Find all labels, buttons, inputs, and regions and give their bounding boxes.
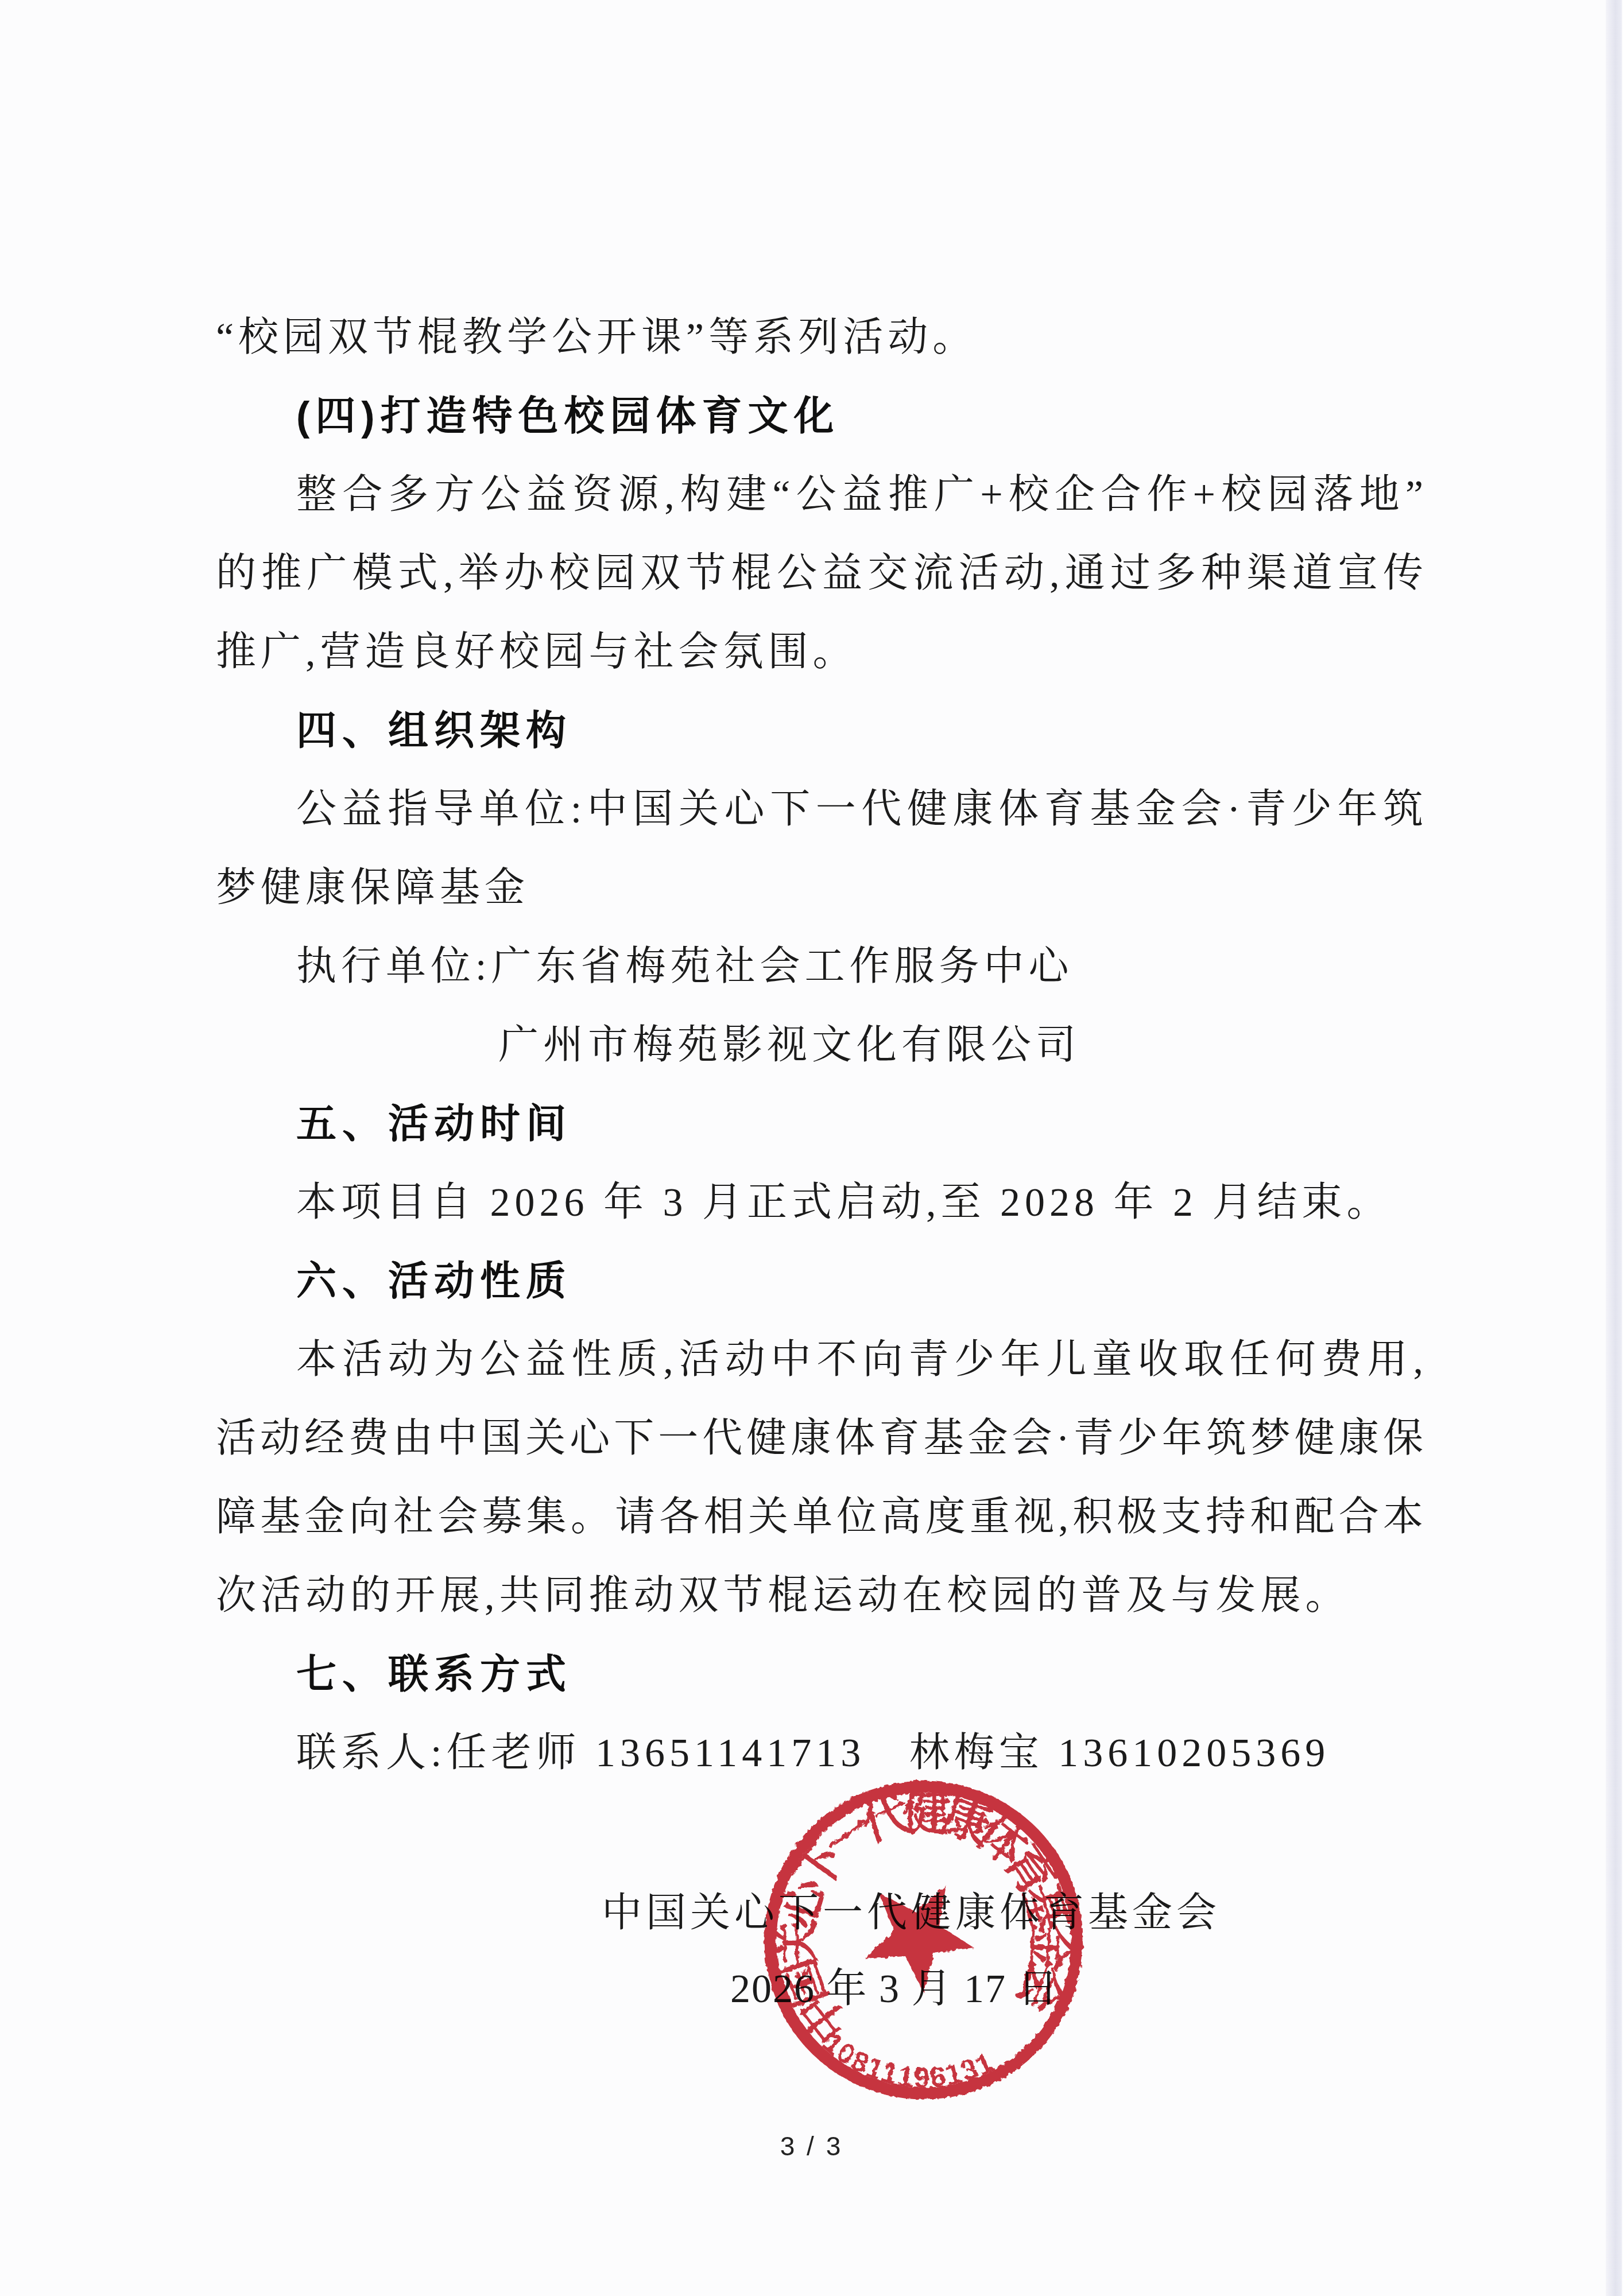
- official-seal-stamp: 中国关心下一代健康体育基金会 10811196131: [757, 1774, 1090, 2107]
- section-heading-schedule: 五、活动时间: [216, 1085, 1424, 1163]
- document-line: 整合多方公益资源,构建“公益推广+校企合作+校园落地”: [216, 456, 1424, 534]
- document-line: 广州市梅苑影视文化有限公司: [216, 1006, 1424, 1085]
- document-line: 梦健康保障基金: [216, 849, 1424, 928]
- document-line: “校园双节棍教学公开课”等系列活动。: [216, 298, 1424, 377]
- subsection-heading-4: (四)打造特色校园体育文化: [216, 377, 1424, 456]
- page-number: 3 / 3: [0, 2131, 1623, 2162]
- scan-edge-shadow: [1606, 0, 1622, 2296]
- svg-text:9: 9: [913, 2061, 930, 2093]
- document-line: 执行单位:广东省梅苑社会工作服务中心: [216, 928, 1424, 1006]
- section-heading-organization: 四、组织架构: [216, 692, 1424, 770]
- section-heading-nature: 六、活动性质: [216, 1242, 1424, 1321]
- section-heading-contact: 七、联系方式: [216, 1635, 1424, 1714]
- document-line: 次活动的开展,共同推动双节棍运动在校园的普及与发展。: [216, 1557, 1424, 1635]
- star-icon: [865, 1886, 974, 1993]
- document-line: 本项目自 2026 年 3 月正式启动,至 2028 年 2 月结束。: [216, 1163, 1424, 1242]
- document-line: 的推广模式,举办校园双节棍公益交流活动,通过多种渠道宣传: [216, 534, 1424, 613]
- document-page: “校园双节棍教学公开课”等系列活动。 (四)打造特色校园体育文化 整合多方公益资…: [0, 0, 1623, 2296]
- document-line: 推广,营造良好校园与社会氛围。: [216, 613, 1424, 692]
- document-body: “校园双节棍教学公开课”等系列活动。 (四)打造特色校园体育文化 整合多方公益资…: [216, 298, 1424, 1793]
- document-line: 障基金向社会募集。请各相关单位高度重视,积极支持和配合本: [216, 1478, 1424, 1557]
- document-line: 活动经费由中国关心下一代健康体育基金会·青少年筑梦健康保: [216, 1399, 1424, 1478]
- document-line: 公益指导单位:中国关心下一代健康体育基金会·青少年筑: [216, 770, 1424, 849]
- document-line: 本活动为公益性质,活动中不向青少年儿童收取任何费用,: [216, 1321, 1424, 1399]
